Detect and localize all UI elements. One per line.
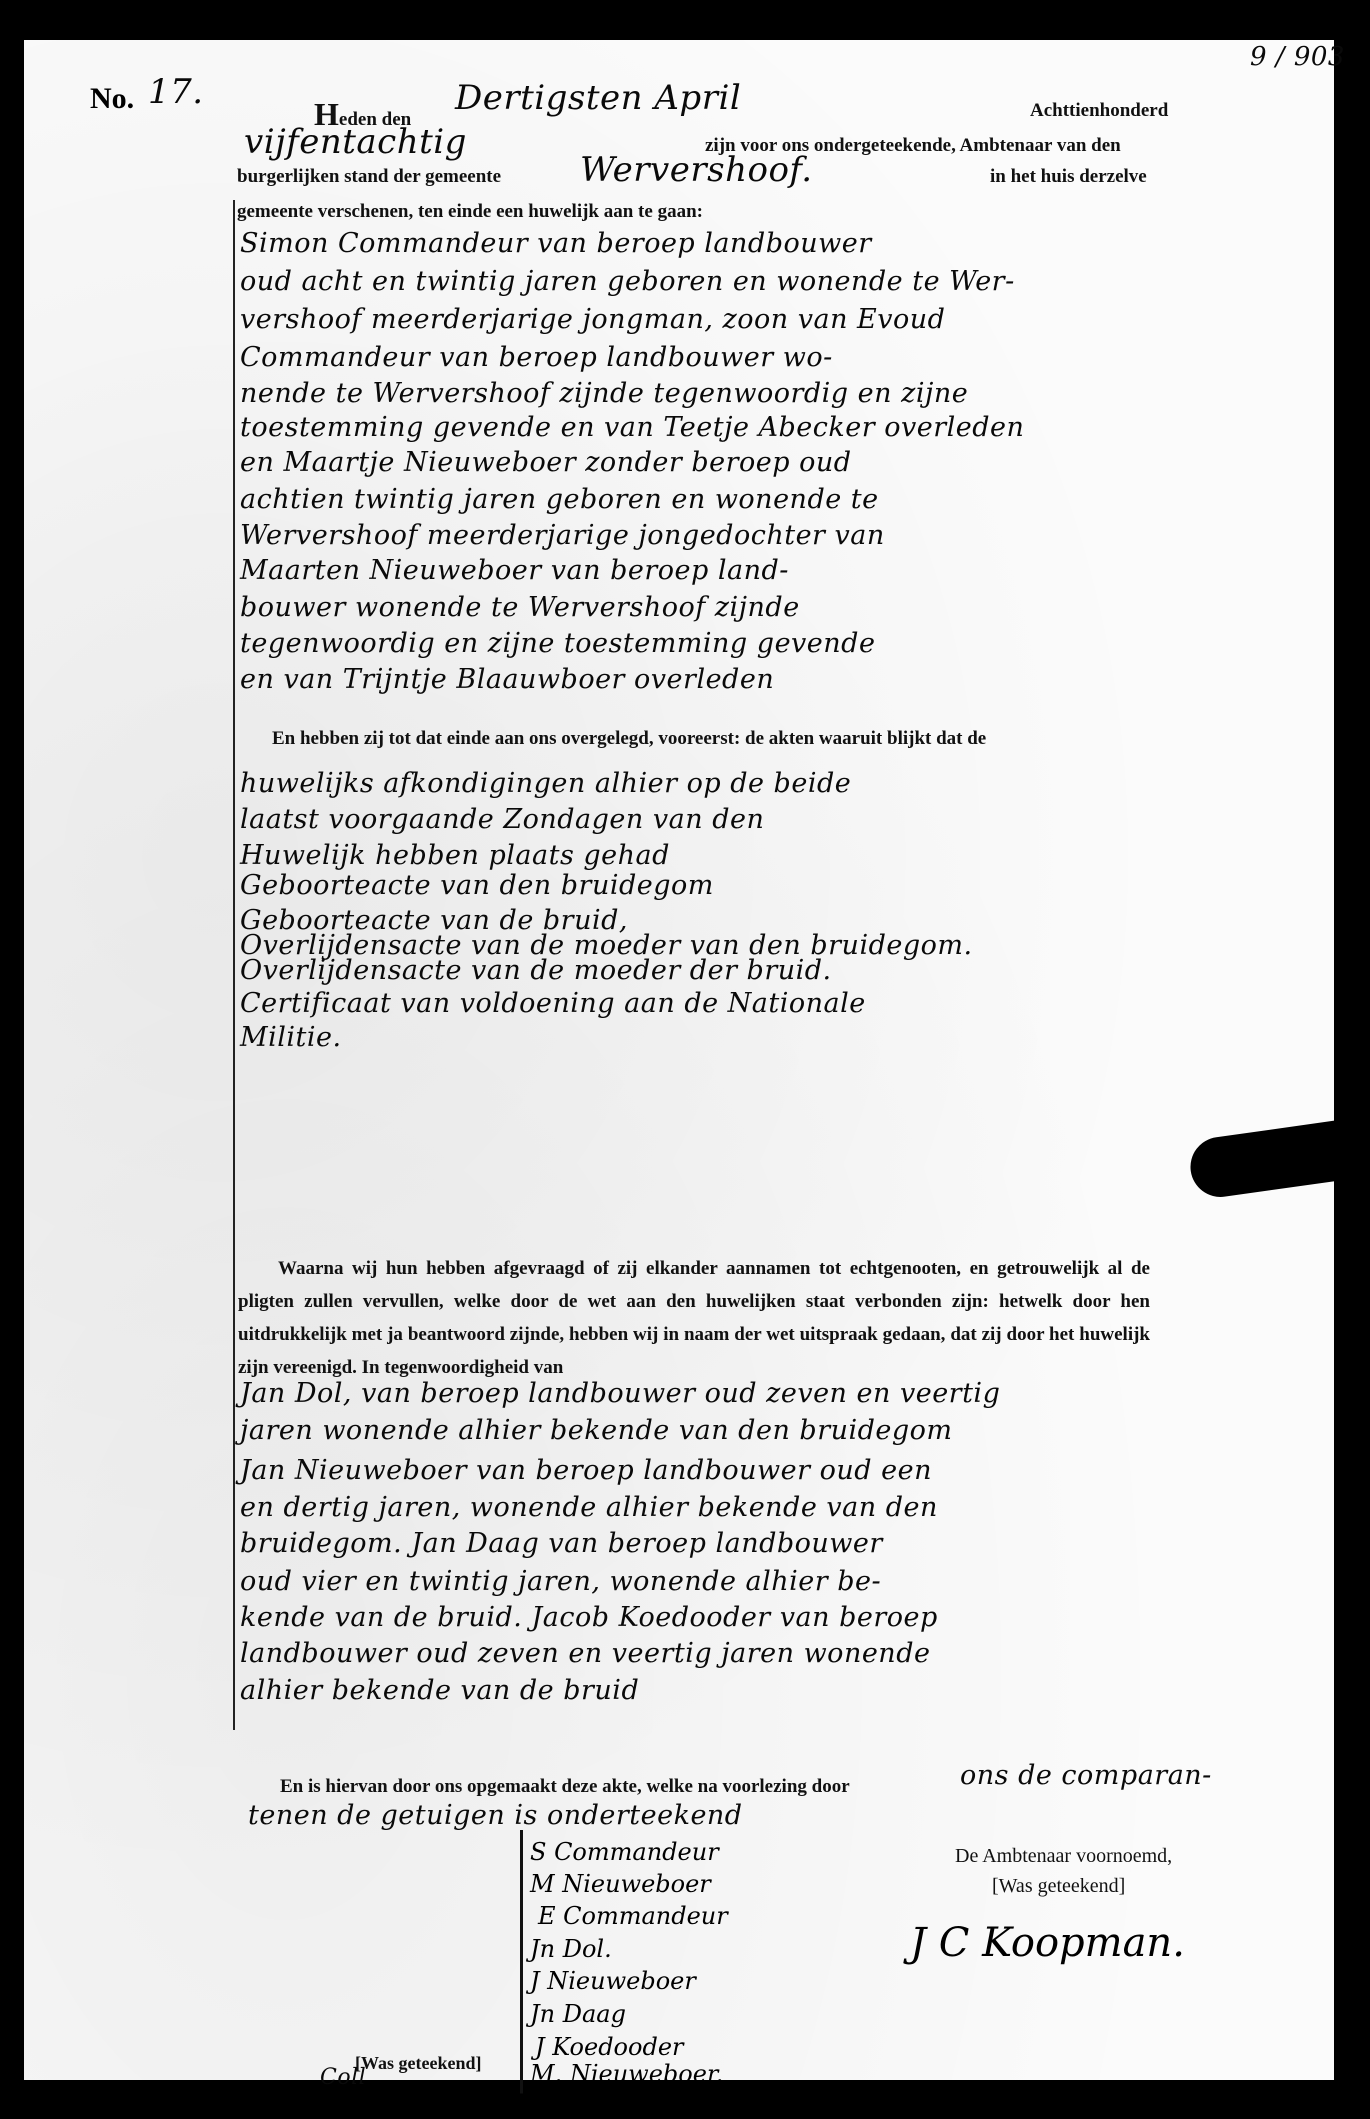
parties-line: Wervershoof meerderjarige jongedochter v… xyxy=(240,520,885,551)
documents-intro: En hebben zij tot dat einde aan ons over… xyxy=(272,728,986,750)
witness-line: en dertig jaren, wonende alhier bekende … xyxy=(240,1492,938,1523)
year-prefix: Achttienhonderd xyxy=(1030,100,1168,122)
margin-rule xyxy=(233,200,235,1730)
header-line-3-tail: in het huis derzelve xyxy=(990,166,1147,188)
signature: Jn Dol. xyxy=(530,1935,612,1963)
parties-line: achtien twintig jaren geboren en wonende… xyxy=(240,484,879,515)
parties-line: en Maartje Nieuweboer zonder beroep oud xyxy=(240,447,852,478)
no-label-text: No. xyxy=(90,82,134,115)
documents-line: Overlijdensacte van de moeder der bruid. xyxy=(240,955,832,986)
witness-line: oud vier en twintig jaren, wonende alhie… xyxy=(240,1566,881,1597)
parties-line: Maarten Nieuweboer van beroep land- xyxy=(240,555,789,586)
record-number: 17. xyxy=(148,72,204,112)
parties-line: toestemming gevende en van Teetje Abecke… xyxy=(240,412,1024,443)
parties-line: bouwer wonende te Wervershoof zijnde xyxy=(240,592,800,623)
date-handwritten: Dertigsten April xyxy=(455,78,741,118)
documents-line: huwelijks afkondigingen alhier op de bei… xyxy=(240,768,851,799)
witness-line: Jan Dol, van beroep landbouwer oud zeven… xyxy=(240,1378,1000,1409)
witness-line: landbouwer oud zeven en veertig jaren wo… xyxy=(240,1638,930,1669)
was-geteekend-left: [Was geteekend] xyxy=(355,2053,481,2074)
witness-line: bruidegom. Jan Daag van beroep landbouwe… xyxy=(240,1528,883,1559)
parties-line: en van Trijntje Blaauwboer overleden xyxy=(240,664,774,695)
signature-bracket xyxy=(520,1830,523,2100)
parties-line: vershoof meerderjarige jongman, zoon van… xyxy=(240,304,945,335)
closing-hand-1: ons de comparan- xyxy=(960,1760,1212,1791)
documents-line: Geboorteacte van den bruidegom xyxy=(240,870,714,901)
parties-line: nende te Wervershoof zijnde tegenwoordig… xyxy=(240,378,968,409)
documents-line: laatst voorgaande Zondagen van den xyxy=(240,804,764,835)
signature: J Koedooder xyxy=(535,2033,684,2061)
parties-line: Simon Commandeur van beroep landbouwer xyxy=(240,228,872,259)
documents-line: Militie. xyxy=(240,1022,342,1053)
documents-line: Certificaat van voldoening aan de Nation… xyxy=(240,988,866,1019)
signature: E Commandeur xyxy=(538,1902,728,1930)
official-was-geteekend: [Was geteekend] xyxy=(992,1875,1125,1898)
header-line-4: gemeente verschenen, ten einde een huwel… xyxy=(237,201,703,223)
signature: J Nieuweboer xyxy=(530,1967,696,1995)
witness-line: alhier bekende van de bruid xyxy=(240,1675,639,1706)
signature: S Commandeur xyxy=(530,1838,719,1866)
header-line-3: burgerlijken stand der gemeente xyxy=(237,166,501,188)
witness-line: Jan Nieuweboer van beroep landbouwer oud… xyxy=(240,1455,932,1486)
parties-line: Commandeur van beroep landbouwer wo- xyxy=(240,342,833,373)
official-title: De Ambtenaar voornoemd, xyxy=(955,1845,1172,1868)
witness-line: jaren wonende alhier bekende van den bru… xyxy=(240,1415,953,1446)
signature: M Nieuweboer xyxy=(530,1870,711,1898)
corner-note: 9 / 903 xyxy=(1250,42,1345,72)
documents-line: Huwelijk hebben plaats gehad xyxy=(240,840,670,871)
official-signature: J C Koopman. xyxy=(910,1920,1185,1966)
signature: Jn Daag xyxy=(530,2000,626,2028)
witness-line: kende van de bruid. Jacob Koedooder van … xyxy=(240,1602,938,1633)
year-handwritten: vijfentachtig xyxy=(244,122,467,162)
municipality-handwritten: Wervershoof. xyxy=(580,150,813,190)
closing-print: En is hiervan door ons opgemaakt deze ak… xyxy=(280,1776,850,1798)
vows-paragraph: Waarna wij hun hebben afgevraagd of zij … xyxy=(238,1252,1150,1384)
bottom-note: Coll xyxy=(320,2065,366,2090)
record-number-label: No. xyxy=(90,82,134,116)
parties-line: oud acht en twintig jaren geboren en won… xyxy=(240,266,1015,297)
closing-hand-2: tenen de getuigen is onderteekend xyxy=(248,1800,743,1831)
signature: M. Nieuweboer. xyxy=(530,2060,723,2088)
parties-line: tegenwoordig en zijne toestemming gevend… xyxy=(240,628,875,659)
scan-right-edge xyxy=(1330,0,1370,2119)
